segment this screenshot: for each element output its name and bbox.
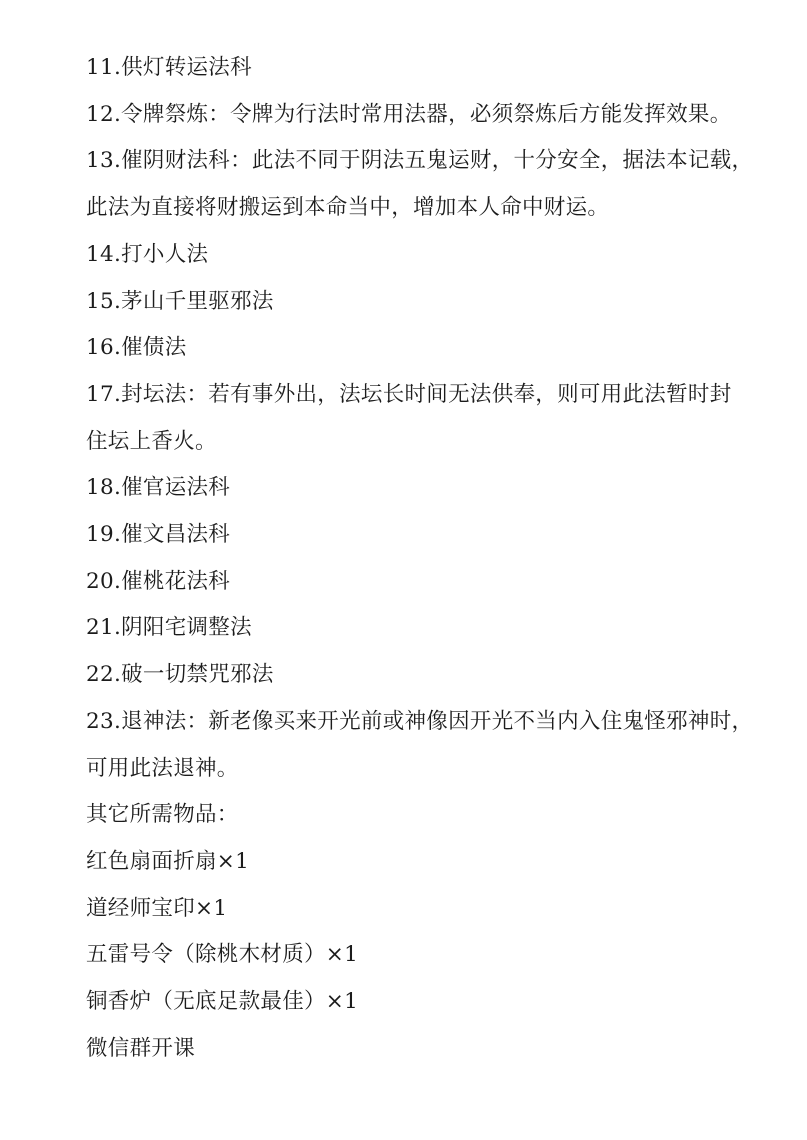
- doc-line: 微信群开课: [86, 1026, 747, 1073]
- doc-line: 17.封坛法：若有事外出，法坛长时间无法供奉，则可用此法暂时封: [86, 372, 747, 419]
- doc-line: 19.催文昌法科: [86, 512, 747, 559]
- doc-line: 五雷号令（除桃木材质）×1: [86, 932, 747, 979]
- doc-line: 23.退神法：新老像买来开光前或神像因开光不当内入住鬼怪邪神时，: [86, 699, 747, 746]
- document-text: 11.供灯转运法科12.令牌祭炼：令牌为行法时常用法器，必须祭炼后方能发挥效果。…: [86, 45, 747, 1072]
- doc-line: 红色扇面折扇×1: [86, 839, 747, 886]
- doc-line: 此法为直接将财搬运到本命当中，增加本人命中财运。: [86, 185, 747, 232]
- doc-line: 住坛上香火。: [86, 419, 747, 466]
- doc-line: 其它所需物品：: [86, 792, 747, 839]
- doc-line: 22.破一切禁咒邪法: [86, 652, 747, 699]
- doc-line: 15.茅山千里驱邪法: [86, 279, 747, 326]
- document-page: 11.供灯转运法科12.令牌祭炼：令牌为行法时常用法器，必须祭炼后方能发挥效果。…: [0, 0, 807, 1140]
- doc-line: 18.催官运法科: [86, 465, 747, 512]
- doc-line: 21.阴阳宅调整法: [86, 605, 747, 652]
- doc-line: 道经师宝印×1: [86, 886, 747, 933]
- doc-line: 12.令牌祭炼：令牌为行法时常用法器，必须祭炼后方能发挥效果。: [86, 92, 747, 139]
- doc-line: 铜香炉（无底足款最佳）×1: [86, 979, 747, 1026]
- doc-line: 14.打小人法: [86, 232, 747, 279]
- doc-line: 13.催阴财法科：此法不同于阴法五鬼运财，十分安全，据法本记载，: [86, 138, 747, 185]
- doc-line: 16.催债法: [86, 325, 747, 372]
- doc-line: 11.供灯转运法科: [86, 45, 747, 92]
- doc-line: 20.催桃花法科: [86, 559, 747, 606]
- doc-line: 可用此法退神。: [86, 746, 747, 793]
